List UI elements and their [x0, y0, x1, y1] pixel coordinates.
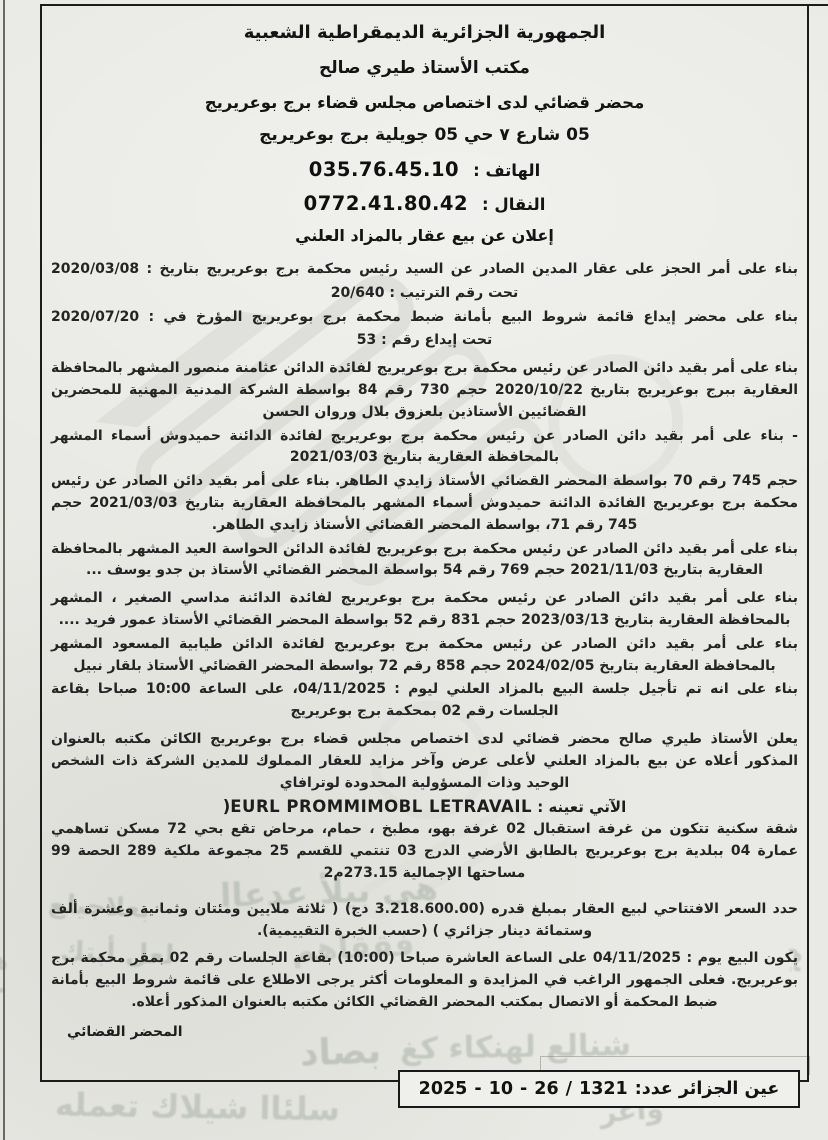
border-extension-line: [808, 4, 828, 6]
paragraph-property-description: شقة سكنية تتكون من غرفة استقبال 02 غرفة …: [51, 819, 798, 884]
notice-body: بناء على أمر الحجز على عقار المدين الصاد…: [51, 259, 798, 1040]
stamp-year: 2025: [419, 1079, 468, 1099]
paragraph-creditor-hamidouche: - بناء على أمر بقيد دائن الصادر عن رئيس …: [51, 426, 798, 470]
announcement-title: إعلان عن بيع عقار بالمزاد العلني: [51, 226, 798, 245]
phone-number: 035.76.45.10: [309, 158, 459, 181]
company-line: الآتي تعينه : )EURL PROMMIMOBL LETRAVAIL: [51, 797, 798, 816]
paragraph-conditions-deposit: بناء على محضر إيداع قائمة شروط البيع بأم…: [51, 307, 798, 329]
paragraph-announcement: يعلن الأستاذ طيري صالح محضر قضائي لدى اخ…: [51, 729, 798, 794]
phone-line: الهاتف : 035.76.45.10: [51, 158, 798, 181]
paragraph-seizure-order: بناء على أمر الحجز على عقار المدين الصاد…: [51, 259, 798, 281]
scan-edge-line: [3, 0, 5, 1140]
stamp-day: 26: [534, 1079, 558, 1099]
mobile-number: 0772.41.80.42: [304, 192, 468, 215]
mobile-line: النقال : 0772.41.80.42: [51, 192, 798, 215]
paragraph-sale-date-info: يكون البيع يوم : 04/11/2025 على الساعة ا…: [51, 948, 798, 1013]
scanned-document-page: هي بيلأ عدعاا بعلاجيلع فققاهم لعل أبتك ش…: [0, 0, 828, 1140]
paragraph-deposit-number: تحت إيداع رقم : 53: [51, 330, 798, 352]
paragraph-creditor-tiabia: بناء على أمر بقيد دائن الصادر عن رئيس مح…: [51, 634, 798, 678]
paragraph-order-number: تحت رقم الترتيب : 20/640: [51, 283, 798, 305]
mobile-label: النقال :: [482, 195, 545, 214]
signature-label: المحضر القضائي: [51, 1024, 798, 1040]
company-name: )EURL PROMMIMOBL LETRAVAIL: [223, 797, 532, 816]
republic-title: الجمهورية الجزائرية الديمقراطية الشعبية: [51, 22, 798, 43]
paragraph-volume-745: حجم 745 رقم 70 بواسطة المحضر القضائي الأ…: [51, 471, 798, 536]
phone-label: الهاتف :: [473, 161, 540, 180]
paragraph-creditor-medassi: بناء على أمر بقيد دائن الصادر عن رئيس مح…: [51, 588, 798, 632]
paragraph-opening-price: حدد السعر الافتتاحي لبيع العقار بمبلغ قد…: [51, 899, 798, 943]
stamp-month: 10: [489, 1079, 513, 1099]
stamp-issue-number: 1321: [579, 1079, 628, 1099]
office-address: 05 شارع ٧ حي 05 جويلية برج بوعريريج: [51, 125, 798, 145]
stamp-label: عين الجزائر عدد:: [635, 1079, 780, 1099]
paragraph-postponement: بناء على انه تم تأجيل جلسة البيع بالمزاد…: [51, 679, 798, 723]
stamp-dash: -: [520, 1079, 527, 1099]
handwriting-bleed: سلئاا شيلاك تعمله: [55, 1086, 341, 1129]
paragraph-creditor-elhouassa: بناء على أمر بقيد دائن الصادر عن رئيس مح…: [51, 539, 798, 583]
bailiff-jurisdiction-line: محضر قضائي لدى اختصاص مجلس قضاء برج بوعر…: [51, 93, 798, 112]
paragraph-creditor-athamnia: بناء على أمر بقيد دائن الصادر عن رئيس مح…: [51, 358, 798, 423]
document-border-box: الجمهورية الجزائرية الديمقراطية الشعبية …: [40, 4, 809, 1082]
stamp-separator: /: [566, 1079, 572, 1099]
office-name: مكتب الأستاذ طيري صالح: [51, 58, 798, 78]
newspaper-stamp-box: عين الجزائر عدد: 1321 / 26 - 10 - 2025: [398, 1070, 800, 1108]
stamp-dash: -: [474, 1079, 481, 1099]
company-intro: الآتي تعينه :: [537, 798, 626, 816]
